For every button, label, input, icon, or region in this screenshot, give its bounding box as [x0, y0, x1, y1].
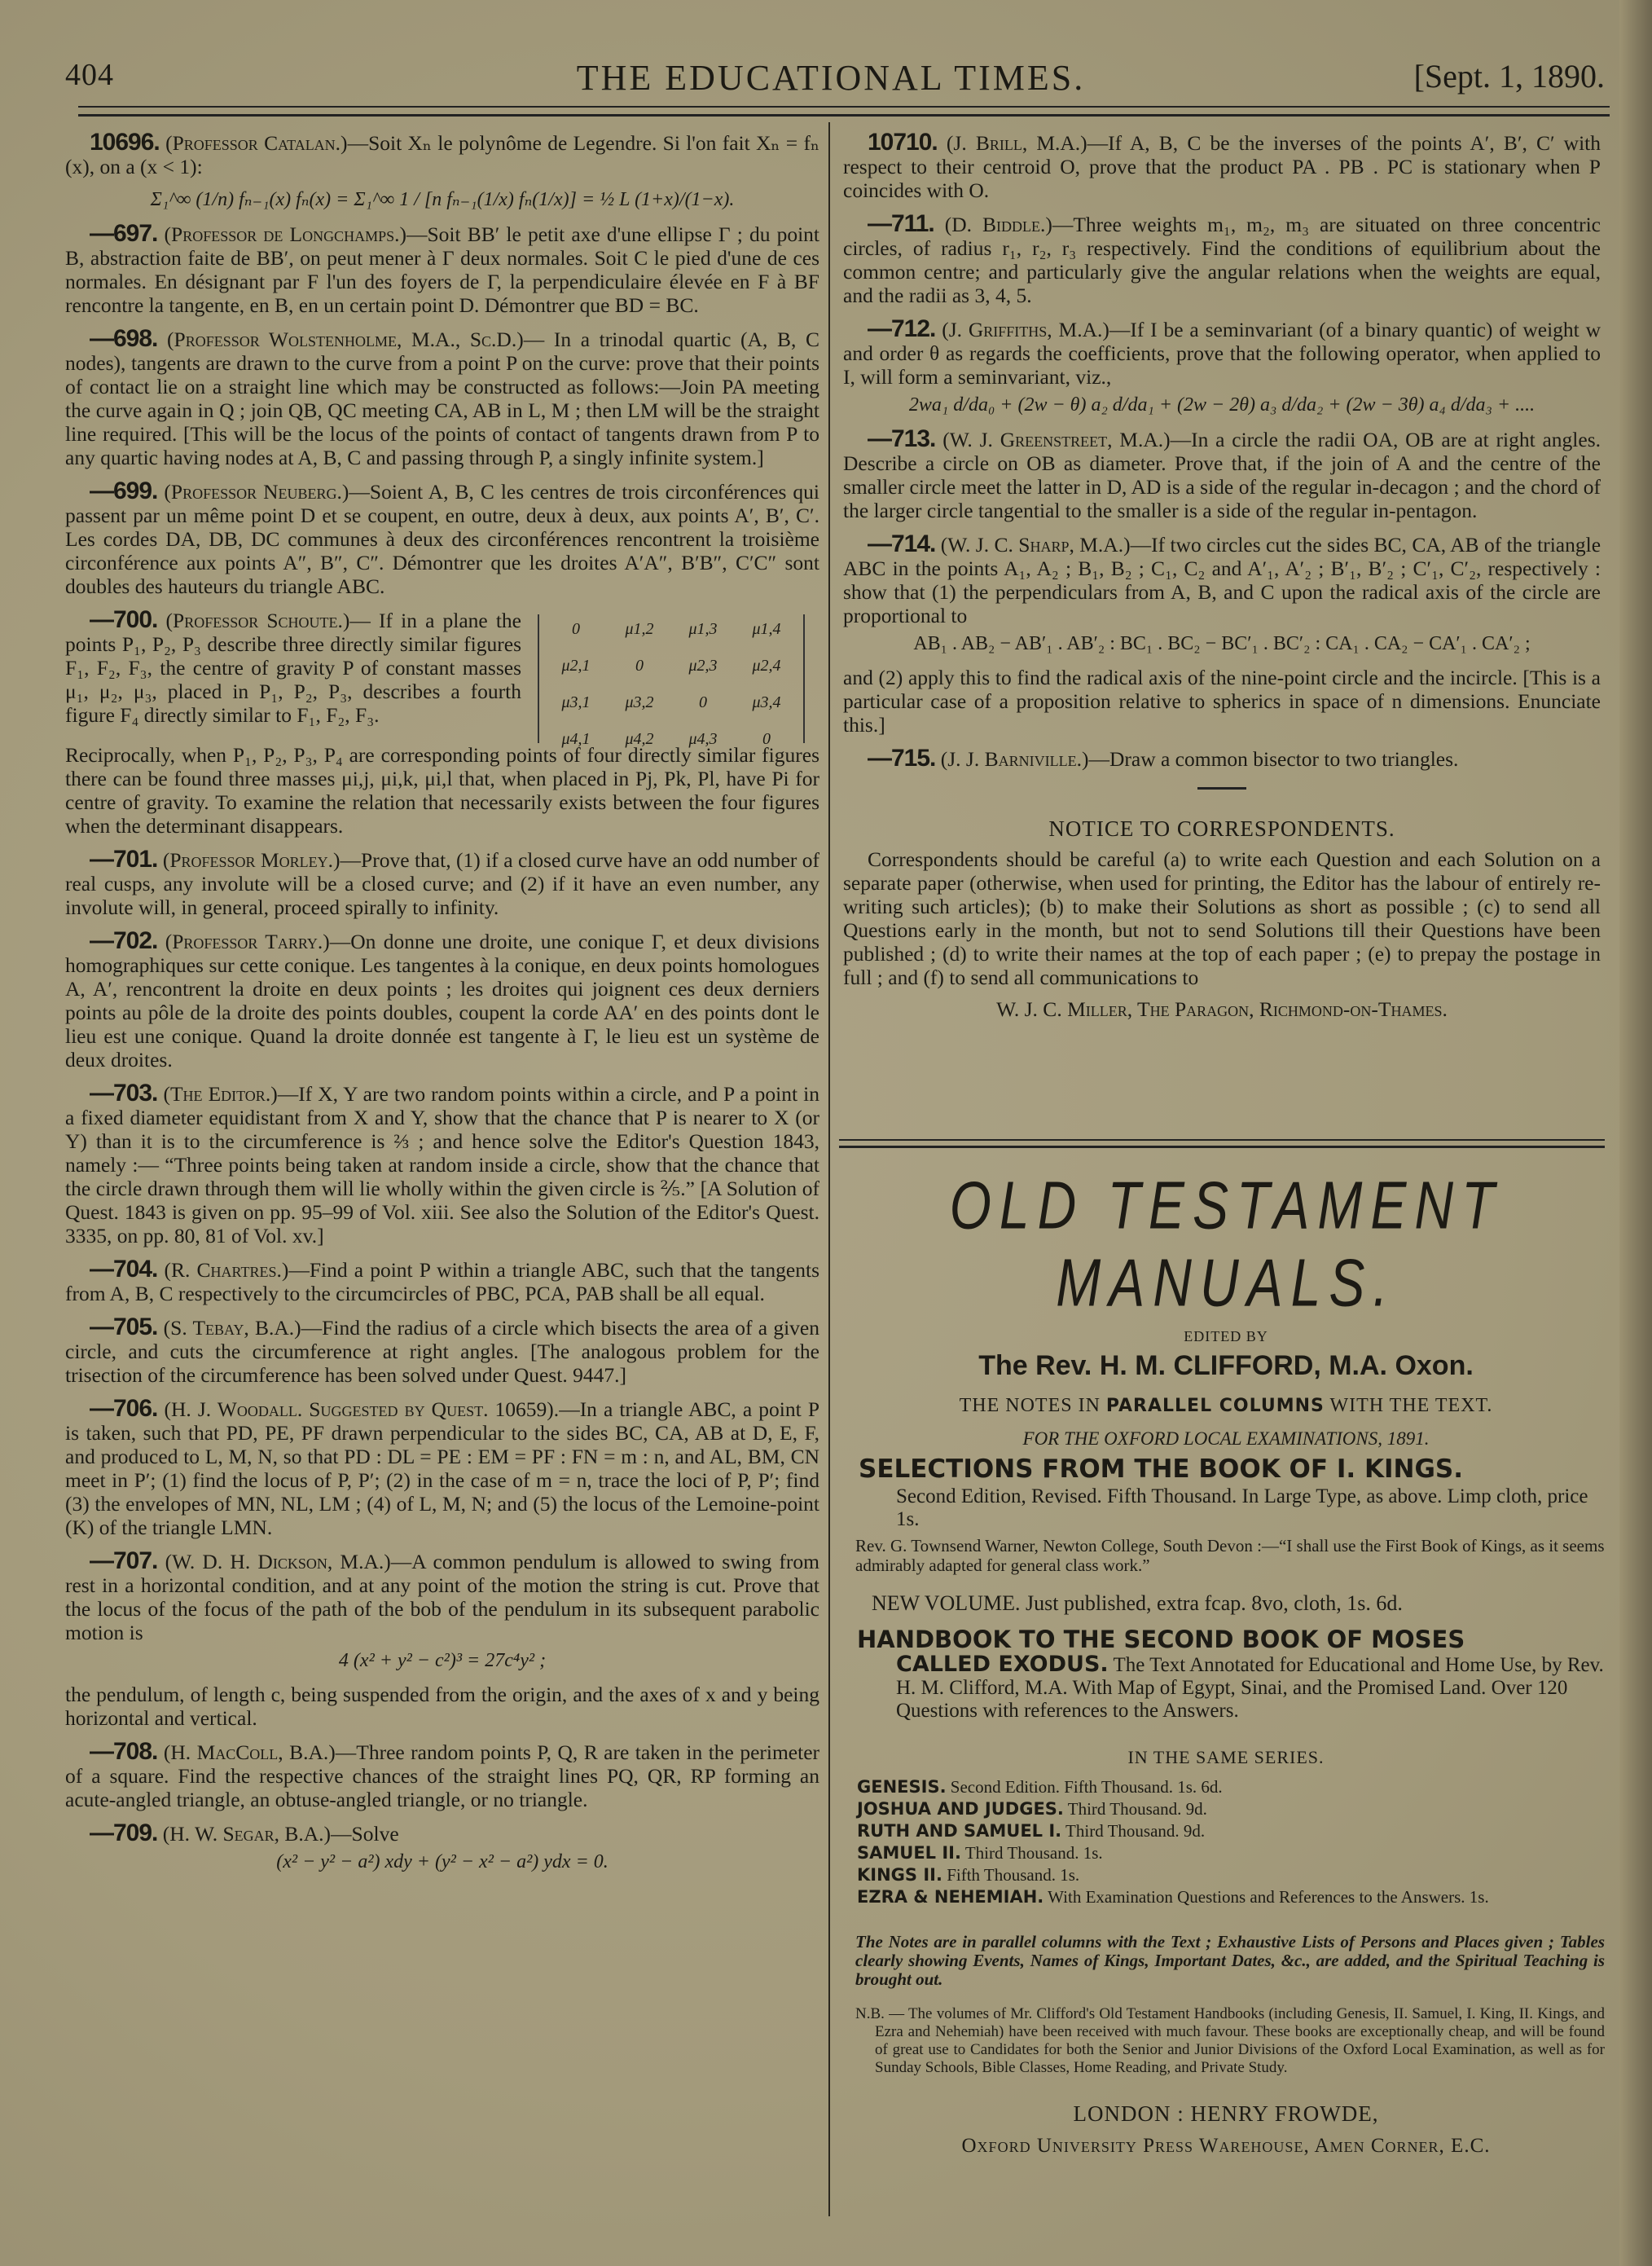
matrix-cell: μ3,1 — [547, 691, 604, 715]
ad-warehouse: Oxford University Press Warehouse, Amen … — [847, 2135, 1605, 2158]
question-714-continued: and (2) apply this to find the radical a… — [843, 666, 1601, 737]
matrix-cell: μ1,2 — [611, 618, 668, 641]
question-700: —700. (Professor Schoute.)— If in a plan… — [65, 608, 819, 743]
ad-notes-line: THE NOTES IN PARALLEL COLUMNS WITH THE T… — [847, 1395, 1605, 1417]
question-author: (Professor Wolstenholme, M.A., Sc.D.) — [167, 328, 524, 351]
ad-notes-prefix: THE NOTES IN — [960, 1395, 1101, 1416]
ad-publisher: LONDON : HENRY FROWDE, — [847, 2101, 1605, 2127]
question-707: —707. (W. D. H. Dickson, M.A.)—A common … — [65, 1549, 819, 1644]
question-author: (Professor Catalan.) — [165, 131, 347, 155]
newspaper-page: 404 THE EDUCATIONAL TIMES. [Sept. 1, 189… — [0, 0, 1652, 2266]
header-rule — [78, 106, 1610, 108]
ad-rule-thick — [839, 1146, 1605, 1148]
series-detail: Fifth Thousand. 1s. — [947, 1865, 1079, 1885]
question-author: (Professor Neuberg.) — [164, 480, 349, 504]
question-author: (W. D. H. Dickson, M.A.) — [165, 1550, 391, 1573]
question-author: (W. J. Greenstreet, M.A.) — [942, 428, 1170, 451]
left-column: 10696. (Professor Catalan.)—Soit Xₙ le p… — [65, 130, 819, 1884]
question-number: —703. — [90, 1080, 157, 1107]
question-number: —708. — [90, 1738, 157, 1765]
column-divider — [828, 122, 830, 2216]
matrix-cell: μ3,2 — [611, 691, 668, 715]
header-rule-thick — [78, 114, 1610, 117]
question-number: —715. — [868, 745, 935, 772]
notice-body: Correspondents should be careful (a) to … — [843, 847, 1601, 989]
question-number: —707. — [90, 1547, 157, 1574]
matrix-cell: μ2,3 — [674, 654, 732, 678]
formula: 2wa₁ d/da₀ + (2w − θ) a₂ d/da₁ + (2w − 2… — [843, 394, 1601, 417]
question-text: —Draw a common bisector to two triangles… — [1088, 747, 1458, 771]
matrix-cell: 0 — [674, 691, 732, 715]
series-item: RUTH AND SAMUEL I. Third Thousand. 9d. — [857, 1820, 1605, 1842]
question-author: (W. J. C. Sharp, M.A.) — [941, 533, 1131, 557]
matrix-cell: μ3,4 — [738, 691, 795, 715]
formula: 4 (x² + y² − c²)³ = 27c⁴y² ; — [65, 1649, 819, 1673]
question-number: —704. — [90, 1256, 157, 1283]
ad-nb-note: N.B. — The volumes of Mr. Clifford's Old… — [855, 2005, 1605, 2077]
formula: Σ₁^∞ (1/n) fₙ₋₁(x) fₙ(x) = Σ₁^∞ 1 / [n f… — [65, 188, 819, 212]
question-author: (Professor Tarry.) — [165, 930, 330, 953]
question-author: (J. Brill, M.A.) — [947, 131, 1087, 155]
ad-editor: The Rev. H. M. CLIFFORD, M.A. Oxon. — [847, 1350, 1605, 1382]
page-binding-edge — [1619, 0, 1652, 2266]
series-title: JOSHUA AND JUDGES. — [857, 1799, 1064, 1819]
notice-title: NOTICE TO CORRESPONDENTS. — [843, 817, 1601, 841]
series-title: GENESIS. — [857, 1777, 947, 1797]
series-item: EZRA & NEHEMIAH. With Examination Questi… — [857, 1886, 1605, 1908]
ad-notes-bold: PARALLEL COLUMNS — [1106, 1396, 1325, 1416]
question-713: —713. (W. J. Greenstreet, M.A.)—In a cir… — [843, 427, 1601, 522]
ad-italic-note: The Notes are in parallel columns with t… — [855, 1933, 1605, 1989]
question-number: —714. — [868, 530, 935, 557]
question-701: —701. (Professor Morley.)—Prove that, (1… — [65, 847, 819, 919]
question-707-continued: the pendulum, of length c, being suspend… — [65, 1683, 819, 1730]
question-number: —709. — [90, 1819, 157, 1846]
series-item: GENESIS. Second Edition. Fifth Thousand.… — [857, 1776, 1605, 1798]
matrix-cell: μ2,4 — [738, 654, 795, 678]
matrix-cell: μ2,1 — [547, 654, 604, 678]
ad-handbook-title: HANDBOOK TO THE SECOND BOOK OF MOSES — [857, 1626, 1605, 1653]
ad-new-volume: NEW VOLUME. Just published, extra fcap. … — [872, 1591, 1605, 1616]
ad-series-heading: IN THE SAME SERIES. — [847, 1747, 1605, 1768]
ad-testimonial: Rev. G. Townsend Warner, Newton College,… — [855, 1536, 1605, 1575]
series-title: EZRA & NEHEMIAH. — [857, 1887, 1043, 1907]
notice-address: W. J. C. Miller, The Paragon, Richmond-o… — [843, 997, 1601, 1021]
question-author: (Professor Schoute.) — [166, 609, 350, 632]
matrix-cell: μ1,3 — [674, 618, 732, 641]
question-number: —711. — [868, 210, 934, 237]
ad-book-title: SELECTIONS FROM THE BOOK OF I. KINGS. — [859, 1454, 1605, 1484]
question-number: —699. — [90, 477, 157, 504]
series-detail: Third Thousand. 1s. — [965, 1843, 1103, 1863]
ad-title: OLD TESTAMENT MANUALS. — [847, 1166, 1605, 1321]
page-header: 404 THE EDUCATIONAL TIMES. [Sept. 1, 189… — [57, 57, 1605, 106]
series-detail: Third Thousand. 9d. — [1068, 1799, 1207, 1819]
question-number: 10696. — [90, 129, 160, 156]
question-number: —702. — [90, 927, 157, 954]
series-detail: With Examination Questions and Reference… — [1048, 1887, 1489, 1907]
question-705: —705. (S. Tebay, B.A.)—Find the radius o… — [65, 1315, 819, 1387]
advertisement: OLD TESTAMENT MANUALS. EDITED BY The Rev… — [847, 1165, 1605, 2158]
question-703: —703. (The Editor.)—If X, Y are two rand… — [65, 1081, 819, 1247]
question-712: —712. (J. Griffiths, M.A.)—If I be a sem… — [843, 317, 1601, 389]
question-702: —702. (Professor Tarry.)—On donne une dr… — [65, 929, 819, 1071]
question-author: (H. W. Segar, B.A.) — [163, 1822, 331, 1846]
ad-notes-suffix: WITH THE TEXT. — [1329, 1395, 1492, 1416]
right-column: 10710. (J. Brill, M.A.)—If A, B, C be th… — [843, 130, 1601, 1021]
question-number: 10710. — [868, 129, 938, 156]
question-715: —715. (J. J. Barniville.)—Draw a common … — [843, 746, 1601, 771]
question-10696: 10696. (Professor Catalan.)—Soit Xₙ le p… — [65, 130, 819, 178]
matrix-cell: μ1,4 — [738, 618, 795, 641]
matrix-cell: 0 — [547, 618, 604, 641]
series-detail: Third Thousand. 9d. — [1065, 1821, 1205, 1841]
formula: AB₁ . AB₂ − AB′₁ . AB′₂ : BC₁ . BC₂ − BC… — [843, 632, 1601, 656]
question-704: —704. (R. Chartres.)—Find a point P with… — [65, 1257, 819, 1305]
question-697: —697. (Professor de Longchamps.)—Soit BB… — [65, 222, 819, 317]
determinant-matrix: 0 μ1,2 μ1,3 μ1,4 μ2,1 0 μ2,3 μ2,4 μ3,1 μ… — [538, 614, 805, 743]
question-711: —711. (D. Biddle.)—Three weights m₁, m₂,… — [843, 212, 1601, 307]
series-item: JOSHUA AND JUDGES. Third Thousand. 9d. — [857, 1798, 1605, 1820]
matrix-cell: 0 — [611, 654, 668, 678]
question-author: (R. Chartres.) — [165, 1258, 289, 1282]
question-700-continued: Reciprocally, when P₁, P₂, P₃, P₄ are co… — [65, 743, 819, 838]
question-author: (J. J. Barniville.) — [941, 747, 1089, 771]
question-author: (Professor de Longchamps.) — [165, 222, 406, 246]
series-title: KINGS II. — [857, 1865, 942, 1885]
question-708: —708. (H. MacColl, B.A.)—Three random po… — [65, 1740, 819, 1811]
question-709: —709. (H. W. Segar, B.A.)—Solve — [65, 1821, 819, 1846]
series-title: SAMUEL II. — [857, 1843, 961, 1863]
series-item: SAMUEL II. Third Thousand. 1s. — [857, 1842, 1605, 1864]
question-number: —713. — [868, 425, 935, 452]
ad-handbook-called: CALLED EXODUS. — [896, 1652, 1109, 1677]
question-author: (The Editor.) — [163, 1082, 277, 1106]
question-number: —701. — [90, 846, 157, 873]
question-author: (H. J. Woodall. Suggested by Quest. 1065… — [164, 1397, 559, 1421]
question-author: (D. Biddle.) — [945, 213, 1052, 236]
question-698: —698. (Professor Wolstenholme, M.A., Sc.… — [65, 327, 819, 469]
question-714: —714. (W. J. C. Sharp, M.A.)—If two circ… — [843, 532, 1601, 627]
section-divider — [1197, 787, 1246, 790]
question-author: (Professor Morley.) — [163, 848, 341, 872]
ad-oxford-line: FOR THE OXFORD LOCAL EXAMINATIONS, 1891. — [847, 1428, 1605, 1450]
question-number: —712. — [868, 315, 935, 342]
question-10710: 10710. (J. Brill, M.A.)—If A, B, C be th… — [843, 130, 1601, 202]
ad-handbook-body: CALLED EXODUS. The Text Annotated for Ed… — [896, 1653, 1605, 1723]
question-number: —705. — [90, 1313, 157, 1340]
question-text: —Solve — [331, 1822, 399, 1846]
ad-edited-by: EDITED BY — [847, 1328, 1605, 1345]
question-number: —700. — [90, 606, 157, 633]
question-author: (S. Tebay, B.A.) — [164, 1316, 301, 1340]
series-detail: Second Edition. Fifth Thousand. 1s. 6d. — [951, 1777, 1223, 1797]
series-item: KINGS II. Fifth Thousand. 1s. — [857, 1864, 1605, 1886]
ad-rule — [839, 1139, 1605, 1141]
question-number: —698. — [90, 325, 157, 352]
question-699: —699. (Professor Neuberg.)—Soient A, B, … — [65, 479, 819, 598]
question-text: —If X, Y are two random points within a … — [65, 1082, 819, 1247]
question-author: (J. Griffiths, M.A.) — [942, 318, 1109, 341]
question-number: —706. — [90, 1395, 157, 1422]
issue-date: [Sept. 1, 1890. — [1414, 57, 1605, 95]
formula: (x² − y² − a²) xdy + (y² − x² − a²) ydx … — [65, 1850, 819, 1874]
question-number: —697. — [90, 220, 157, 247]
masthead: THE EDUCATIONAL TIMES. — [57, 57, 1605, 99]
question-author: (H. MacColl, B.A.) — [164, 1740, 336, 1764]
question-706: —706. (H. J. Woodall. Suggested by Quest… — [65, 1397, 819, 1539]
ad-book-description: Second Edition, Revised. Fifth Thousand.… — [896, 1485, 1605, 1531]
series-title: RUTH AND SAMUEL I. — [857, 1821, 1061, 1841]
